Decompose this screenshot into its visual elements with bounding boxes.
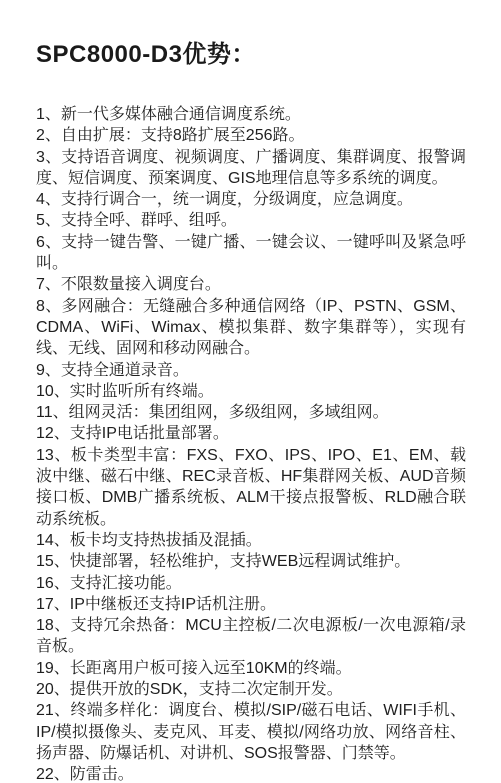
advantage-item-21: 21、终端多样化：调度台、模拟/SIP/磁石电话、WIFI手机、IP/模拟摄像头… bbox=[36, 700, 466, 764]
advantage-item-3: 3、支持语音调度、视频调度、广播调度、集群调度、报警调度、短信调度、预案调度、G… bbox=[36, 147, 466, 190]
advantage-item-8: 8、多网融合：无缝融合多种通信网络（IP、PSTN、GSM、CDMA、WiFi、… bbox=[36, 296, 466, 360]
advantage-item-1: 1、新一代多媒体融合通信调度系统。 bbox=[36, 104, 466, 125]
document-page: SPC8000-D3优势： 1、新一代多媒体融合通信调度系统。 2、自由扩展：支… bbox=[0, 0, 501, 783]
advantage-item-6: 6、支持一键告警、一键广播、一键会议、一键呼叫及紧急呼叫。 bbox=[36, 232, 466, 275]
page-title: SPC8000-D3优势： bbox=[36, 40, 466, 69]
advantage-item-13: 13、板卡类型丰富：FXS、FXO、IPS、IPO、E1、EM、载波中继、磁石中… bbox=[36, 445, 466, 530]
advantage-item-5: 5、支持全呼、群呼、组呼。 bbox=[36, 210, 466, 231]
advantage-list: 1、新一代多媒体融合通信调度系统。 2、自由扩展：支持8路扩展至256路。 3、… bbox=[36, 104, 466, 783]
advantage-item-16: 16、支持汇接功能。 bbox=[36, 573, 466, 594]
advantage-item-4: 4、支持行调合一，统一调度，分级调度，应急调度。 bbox=[36, 189, 466, 210]
advantage-item-19: 19、长距离用户板可接入远至10KM的终端。 bbox=[36, 658, 466, 679]
advantage-item-11: 11、组网灵活：集团组网，多级组网，多域组网。 bbox=[36, 402, 466, 423]
advantage-item-18: 18、支持冗余热备：MCU主控板/二次电源板/一次电源箱/录音板。 bbox=[36, 615, 466, 658]
advantage-item-2: 2、自由扩展：支持8路扩展至256路。 bbox=[36, 125, 466, 146]
advantage-item-9: 9、支持全通道录音。 bbox=[36, 360, 466, 381]
advantage-item-20: 20、提供开放的SDK，支持二次定制开发。 bbox=[36, 679, 466, 700]
advantage-item-22: 22、防雷击。 bbox=[36, 764, 466, 783]
advantage-item-10: 10、实时监听所有终端。 bbox=[36, 381, 466, 402]
advantage-item-14: 14、板卡均支持热拔插及混插。 bbox=[36, 530, 466, 551]
advantage-item-15: 15、快捷部署，轻松维护，支持WEB远程调试维护。 bbox=[36, 551, 466, 572]
advantage-item-12: 12、支持IP电话批量部署。 bbox=[36, 423, 466, 444]
advantage-item-7: 7、不限数量接入调度台。 bbox=[36, 274, 466, 295]
advantage-item-17: 17、IP中继板还支持IP话机注册。 bbox=[36, 594, 466, 615]
